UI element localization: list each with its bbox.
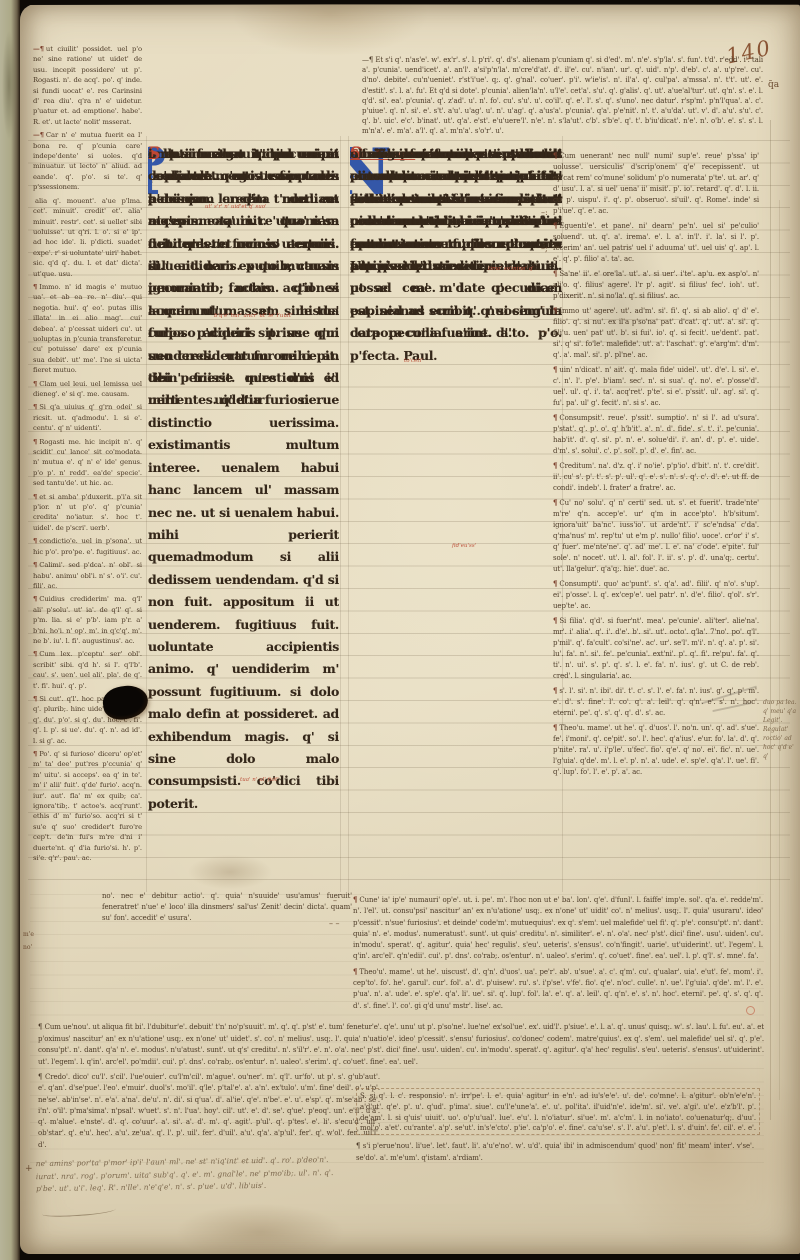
gloss-text: Si q'a uiuius q' g'rn odei' si ricsit. u… [33, 403, 142, 432]
paragraph-mark: —¶ [33, 131, 46, 139]
gloss-paragraph: —¶Car n' e' mutua fuerit ea l' bona re. … [33, 130, 142, 192]
gloss-text: Theo'u'. mame'. ut he'. uiscust'. d'. q'… [353, 968, 763, 1010]
gloss-text: condictio'e. uel in p'sona'. ut hic p'o'… [33, 537, 142, 555]
previous-page-edge [0, 0, 20, 1260]
gloss-text: Creditum'. na'. d'z. q'. i' no'ie'. p'p'… [553, 462, 759, 492]
tie-mark: –; [541, 244, 548, 253]
gloss-paragraph: ¶Theo'u. mame'. ut he'. q'. d'uos'. l'. … [553, 722, 759, 778]
gloss-paragraph: ¶Eguenti'e'. et pane'. ni' dearn' pe'n'.… [553, 220, 759, 265]
gloss-text: Rogasti me. hic incipit n'. q' scidit' c… [33, 438, 142, 488]
gloss-text: et si amba' p'duxerit. p'i'a sit p'ior. … [33, 493, 142, 532]
interlinear-correction: tua' n' ul' fuit' [240, 777, 279, 783]
left-margin-gloss: —¶ut ciuilit' possidet. uel p'o ne' sine… [33, 44, 142, 898]
column-ruling [348, 136, 349, 892]
gloss-paragraph: ¶uin' n'dicat'. n' ait'. q'. mala fide' … [553, 364, 759, 409]
tie-mark: ¬ [541, 328, 548, 337]
gloss-text: Car n' e' mutua fuerit ea l' bona re. q'… [33, 131, 142, 191]
gloss-paragraph: ¶Immo ut' agere'. ut'. ad'm'. si'. fi'. … [553, 305, 759, 361]
previous-page-sketch [2, 30, 16, 140]
column-ruling [340, 136, 341, 892]
gloss-text: uin' n'dicat'. n' ait'. q'. mala fide' u… [553, 366, 759, 407]
gloss-text: Sa'ne' ii'. e' ore'la'. ut'. a'. si uer'… [553, 270, 759, 300]
gloss-text: Consumpsit'. reue'. p'ssit'. sumptio'. n… [553, 414, 759, 455]
gloss-paragraph: ¶Sa'ne' ii'. e' ore'la'. ut'. a'. si uer… [553, 268, 759, 302]
gloss-text: Cu' no' solu'. q' n' certi' sed. ut. s'.… [553, 499, 759, 573]
main-text-column-left: cello iuvetur. q'dem cepit possidere. q'… [148, 143, 339, 887]
gloss-paragraph: ¶Clam uel leui. uel lemissa uel dieneg'.… [33, 379, 142, 400]
gloss-text: Clam uel leui. uel lemissa uel dieneg'. … [33, 380, 142, 398]
gloss-text: Cum uenerant' nec null' numi' sup'e'. re… [553, 152, 759, 215]
plus-mark: + [25, 1164, 33, 1174]
interlinear-correction: ut' s'r' n' uid'et q' suo' [205, 204, 267, 210]
tie-mark: no' [23, 944, 32, 951]
paragraph-mark: —¶ [33, 45, 46, 53]
gloss-paragraph: ¶Po'. q' si furioso' diceru' op'et' m' t… [33, 749, 142, 863]
gloss-paragraph: ¶Cum uenerant' nec null' numi' sup'e'. r… [553, 150, 759, 217]
column-ruling [146, 136, 147, 892]
gloss-text: Po'. q' si furioso' diceru' op'et' m' ta… [33, 750, 142, 862]
bottom-gloss-final: ¶ s'i p'erue'nou'. li'ue'. let'. faut'. … [356, 1141, 754, 1166]
gloss-paragraph: ¶Cum lex. p'ceptu' ser' obl'. scribit' s… [33, 649, 142, 691]
interlinear-correction: fid'eu'ss' [452, 543, 476, 549]
gloss-paragraph: ¶Si q'a uiuius q' g'rn odei' si ricsit. … [33, 402, 142, 433]
interlinear-correction: to'ceti' [404, 358, 423, 364]
gloss-paragraph: ¶Cu' no' solu'. q' n' certi' sed. ut. s'… [553, 497, 759, 575]
gloss-paragraph: ¶Creditum'. na'. d'z. q'. i' no'ie'. p'p… [553, 460, 759, 494]
quire-mark: q̃a [768, 80, 779, 90]
gloss-paragraph: ¶Calimi'. sed p'dca'. n' obl'. si habu'.… [33, 560, 142, 591]
tie-mark: – [541, 302, 545, 311]
gloss-text: Cuidius crediderim' ma. q'l' ali' p'solu… [33, 595, 142, 645]
main-text-column-right: noue possit. q' si aliena' pecuniam cred… [350, 143, 562, 883]
text-run: ol' in'uas p'ccum. amutauedit. o'imodo o… [350, 143, 562, 277]
top-gloss: —¶ Et s'i q'. n'as'e'. w'. ex'r'. s'. l.… [362, 55, 763, 149]
gloss-paragraph: —¶ut ciuilit' possidet. uel p'o ne' sine… [33, 44, 142, 127]
gloss-text: Cune' ia' ip'e' numauri' op'e'. ut. i. p… [353, 896, 763, 960]
gloss-paragraph: ¶et si amba' p'duxerit. p'i'a sit p'ior.… [33, 492, 142, 534]
right-margin-gloss: ¶Cum uenerant' nec null' numi' sup'e'. r… [553, 150, 759, 892]
interlinear-correction: b'q'e' hur' ancr' ut' le' l'uult' [214, 313, 292, 319]
interlinear-correction: timo' so'inino' q' [488, 266, 534, 272]
gloss-paragraph: ¶Cune' ia' ip'e' numauri' op'e'. ut. i. … [353, 894, 763, 963]
gloss-text: Si filia'. q'd'. si fuer'nt'. mea'. pe'c… [553, 617, 759, 680]
text-run: i a furioso cum eum compote' mentis ee p… [148, 143, 339, 412]
bottom-gloss-wide: ¶ Cum ue'nou'. ut aliqua fit bi'. l'dubi… [38, 1022, 764, 1070]
gloss-paragraph: ¶Consumpsit'. reue'. p'ssit'. sumptio'. … [553, 412, 759, 457]
manuscript-photo: 140 q̃a —¶ut ciuilit' possidet. uel p'o … [0, 0, 800, 1260]
right-edge-side-note: duo pa lea. q' meu' q'a Legit'. Regulat'… [763, 698, 797, 778]
tie-mark: – [333, 896, 337, 905]
gloss-text: s'. l'. si'. n'. ibi'. di'. t'. c'. s'. … [553, 687, 759, 717]
tie-mark: –: [541, 208, 548, 217]
gloss-text: ut ciuilit' possidet. uel p'o ne' sine r… [33, 45, 142, 126]
gloss-paragraph: ¶Si filia'. q'd'. si fuer'nt'. mea'. pe'… [553, 615, 759, 682]
gloss-paragraph: ¶Theo'u'. mame'. ut he'. uiscust'. d'. q… [353, 966, 763, 1012]
gloss-text: Immo. n' id magis e' mutuo ua'. et ab ea… [33, 283, 142, 374]
gloss-text: Theo'u. mame'. ut he'. q'. d'uos'. l'. n… [553, 724, 759, 776]
gloss-text: Cum lex. p'ceptu' ser' obl'. scribit' si… [33, 650, 142, 689]
red-circle-mark [746, 1006, 755, 1015]
gloss-text: Immo ut' agere'. ut'. ad'm'. si'. fi'. q… [553, 307, 759, 359]
gloss-text: alia q'. mouent'. a'ue p'lma. cet'. minu… [33, 197, 142, 278]
bottom-gloss-credo: ¶ Credo'. dico' cu'l'. s'cil'. l'ue'ouie… [38, 1072, 380, 1152]
gloss-paragraph: ¶Consumpti'. quo' ac'punt'. s'. q'a'. ad… [553, 578, 759, 612]
gloss-paragraph: ¶condictio'e. uel in p'sona'. ut hic p'o… [33, 536, 142, 557]
gloss-text: Calimi'. sed p'dca'. n' obl'. si habu'. … [33, 561, 142, 590]
gloss-paragraph: ¶Cuidius crediderim' ma. q'l' ali' p'sol… [33, 594, 142, 646]
gloss-text: Consumpti'. quo' ac'punt'. s'. q'a'. ad'… [553, 580, 759, 610]
bottom-gloss-boxed: S. si q'. l. c'. responsio'. n'. irr'pe'… [356, 1088, 760, 1135]
cursive-marginal-note: ne' amins' por'ta' p'mor' ip'i' l'aun' m… [36, 1154, 339, 1212]
gloss-paragraph: ¶s'. l'. si'. n'. ibi'. di'. t'. c'. s'.… [553, 685, 759, 719]
gloss-paragraph: ¶Rogasti me. hic incipit n'. q' scidit' … [33, 437, 142, 489]
tie-mark: – – [329, 919, 340, 928]
tie-mark: m'e [23, 931, 34, 938]
bottom-gloss-left-upper: no'. nec e' debitur actio'. q'. quia' n'… [102, 891, 352, 928]
photo-top-shadow [20, 0, 800, 5]
gloss-text: Eguenti'e'. et pane'. ni' dearn' pe'n'. … [553, 222, 759, 263]
gloss-paragraph: ¶Immo. n' id magis e' mutuo ua'. et ab e… [33, 282, 142, 376]
gloss-paragraph: alia q'. mouent'. a'ue p'lma. cet'. minu… [33, 196, 142, 279]
